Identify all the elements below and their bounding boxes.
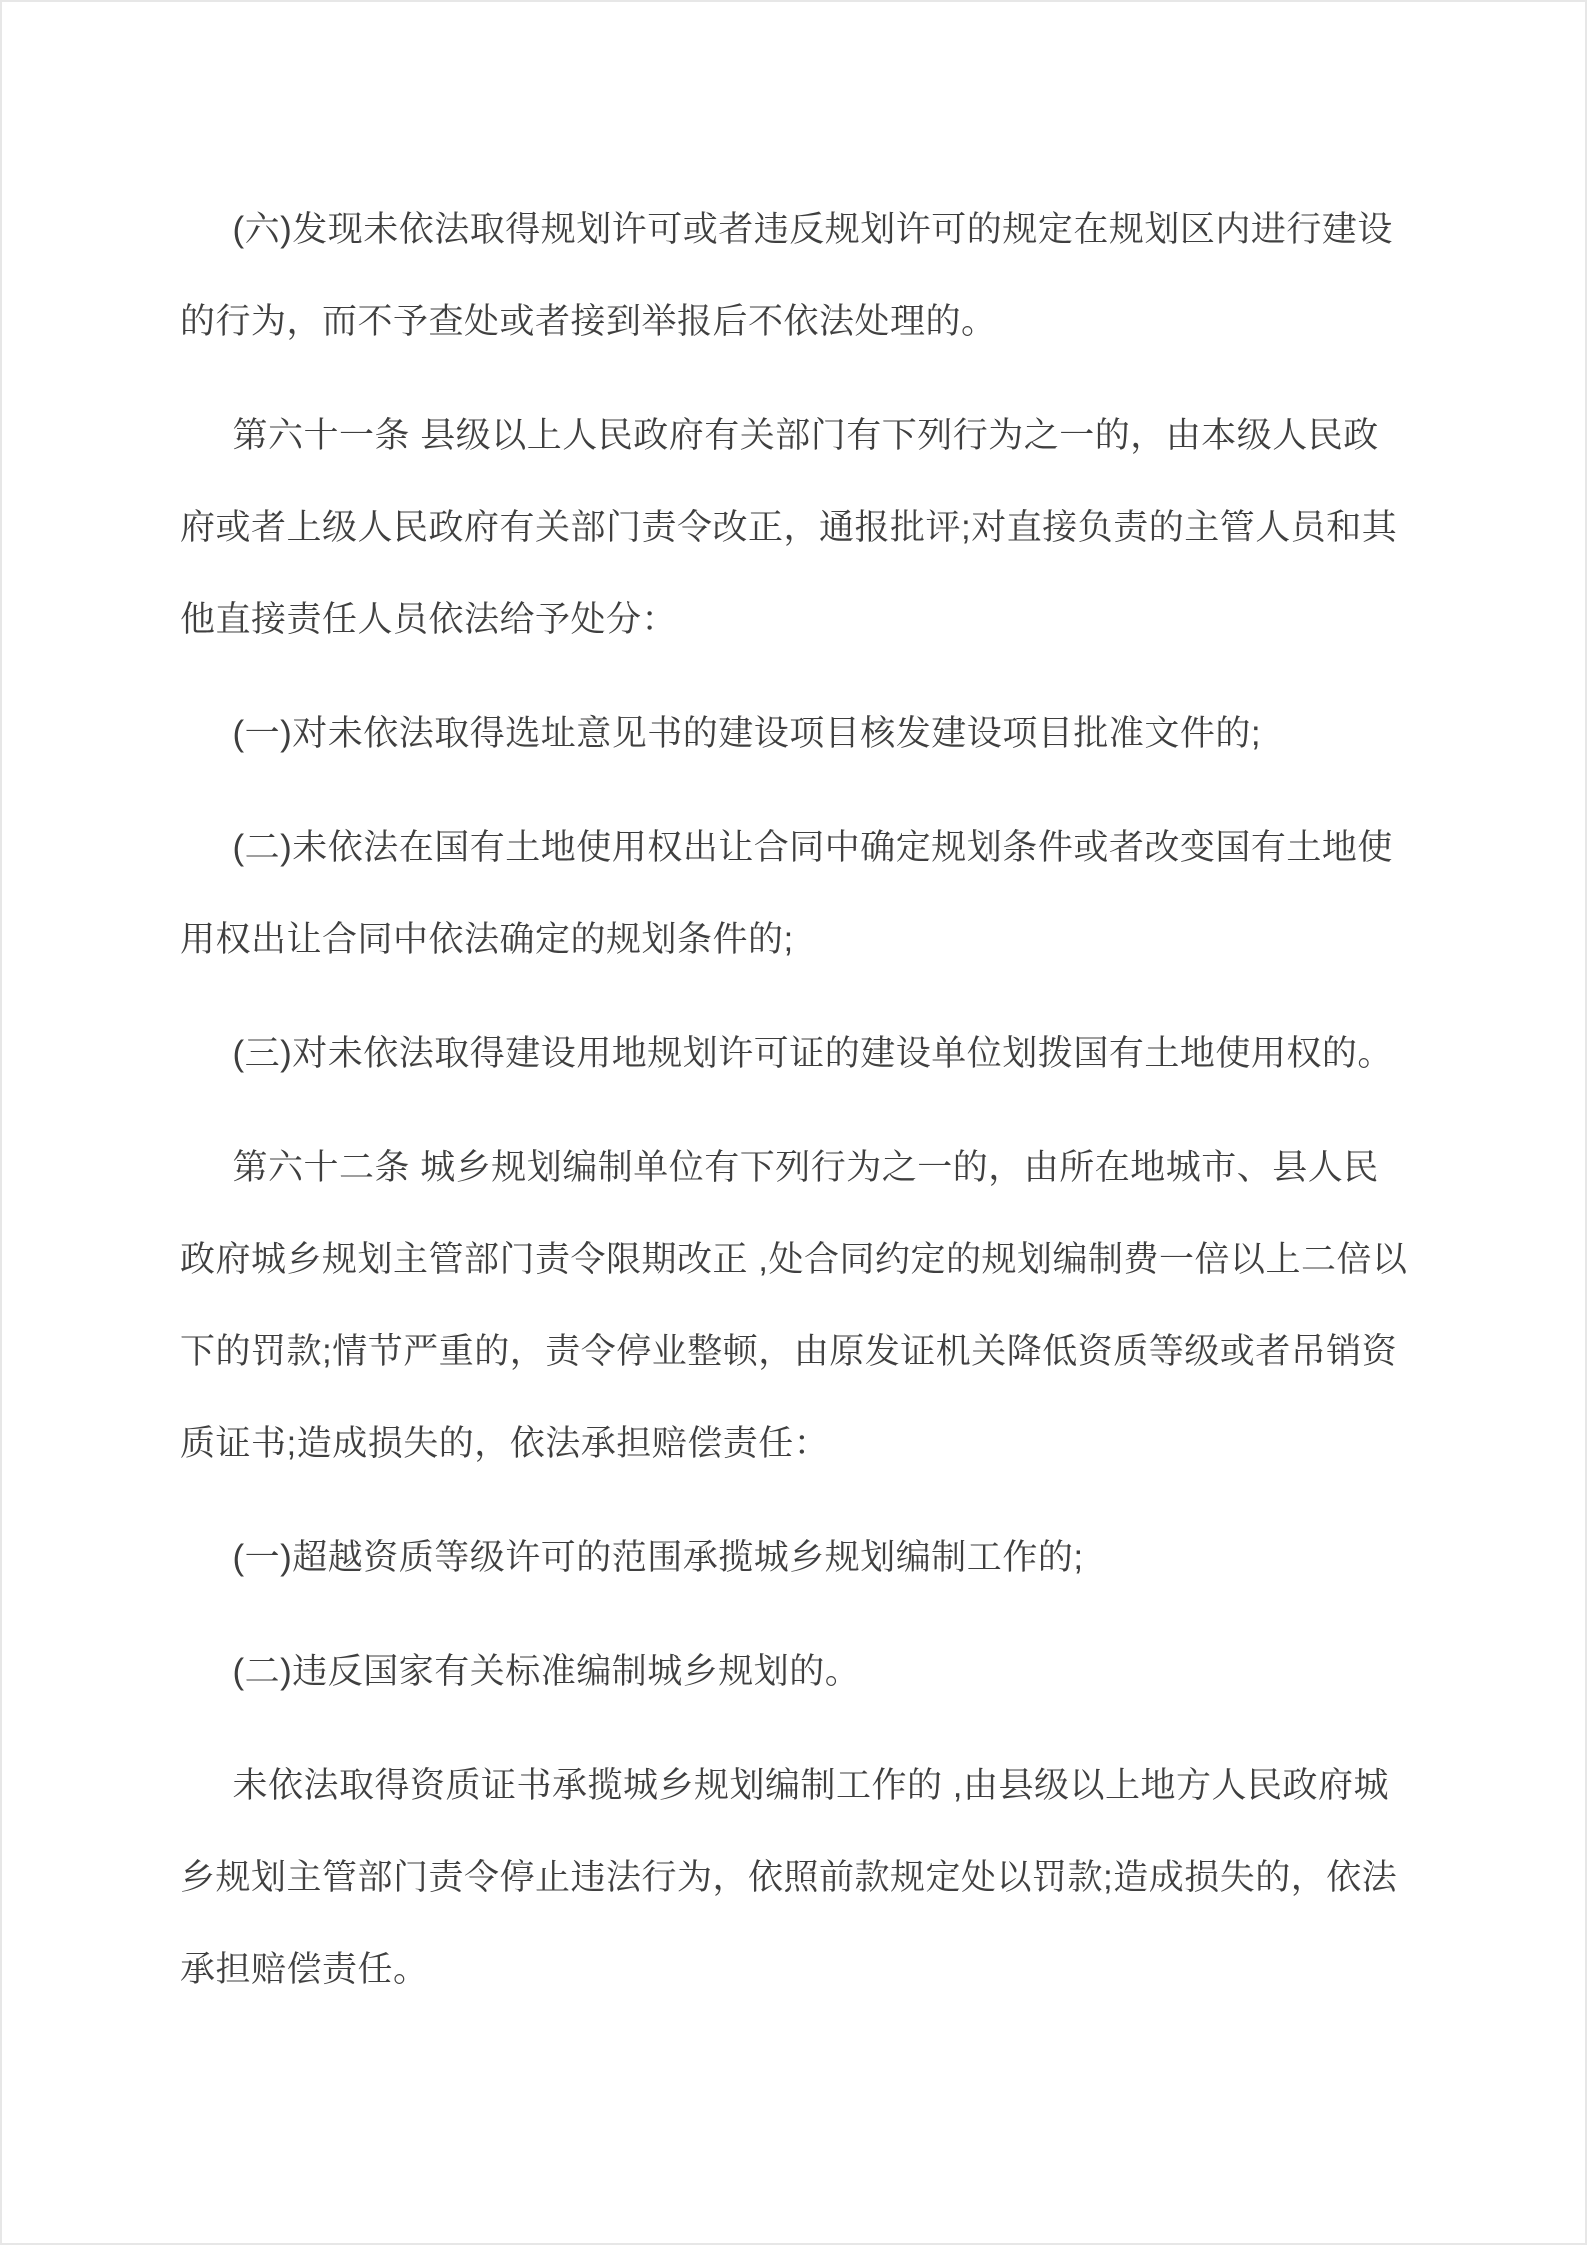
paragraph-article-62-item-1: (一)超越资质等级许可的范围承揽城乡规划编制工作的; xyxy=(180,1512,1409,1604)
paragraph-article-61-item-2: (二)未依法在国有土地使用权出让合同中确定规划条件或者改变国有土地使用权出让合同… xyxy=(180,802,1409,986)
paragraph-article-62-item-2: (二)违反国家有关标准编制城乡规划的。 xyxy=(180,1626,1409,1718)
document-body: (六)发现未依法取得规划许可或者违反规划许可的规定在规划区内进行建设的行为，而不… xyxy=(2,2,1585,2118)
paragraph-article-62: 第六十二条 城乡规划编制单位有下列行为之一的，由所在地城市、县人民政府城乡规划主… xyxy=(180,1122,1409,1490)
paragraph-article-62-final: 未依法取得资质证书承揽城乡规划编制工作的 ,由县级以上地方人民政府城乡规划主管部… xyxy=(180,1740,1409,2016)
paragraph-article-61-item-1: (一)对未依法取得选址意见书的建设项目核发建设项目批准文件的; xyxy=(180,688,1409,780)
paragraph-item-6-clause: (六)发现未依法取得规划许可或者违反规划许可的规定在规划区内进行建设的行为，而不… xyxy=(180,184,1409,368)
paragraph-article-61: 第六十一条 县级以上人民政府有关部门有下列行为之一的，由本级人民政府或者上级人民… xyxy=(180,390,1409,666)
document-page: (六)发现未依法取得规划许可或者违反规划许可的规定在规划区内进行建设的行为，而不… xyxy=(0,0,1587,2245)
paragraph-article-61-item-3: (三)对未依法取得建设用地规划许可证的建设单位划拨国有土地使用权的。 xyxy=(180,1008,1409,1100)
